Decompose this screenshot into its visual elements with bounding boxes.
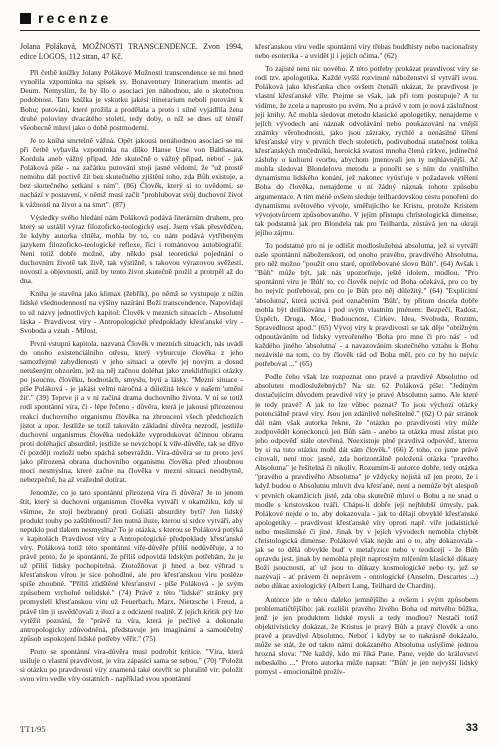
paragraph: Jenomže, co je tato spontánní přirozená … xyxy=(20,488,243,643)
paragraph: Je to kniha smrtelně vážná. Opět jakousi… xyxy=(20,136,243,209)
paragraph: Proto se spontánní víra-důvěra musí podr… xyxy=(20,647,243,683)
header-divider xyxy=(20,30,480,31)
column-right: křesťanskou víru vedle spontánní víry tř… xyxy=(255,42,478,704)
paragraph-continuation: křesťanskou víru vedle spontánní víry tř… xyxy=(255,42,478,60)
paragraph: Kniha je stavěna jako klimax (žebřík), p… xyxy=(20,289,243,334)
page-footer: TT1/95 33 xyxy=(20,722,478,734)
paragraph: První vstupní kapitola, nazvaná Člověk v… xyxy=(20,339,243,485)
section-header: recenze xyxy=(20,10,480,31)
paragraph: To podstatné pro ni je odlišit modlosluž… xyxy=(255,241,478,368)
journal-code: TT1/95 xyxy=(20,724,46,734)
paragraph: Autorce jde o něco daleko jemnějšího a o… xyxy=(255,595,478,677)
article-body: Jolana Poláková, MOŽNOSTI TRANSCENDENCE.… xyxy=(20,42,478,704)
paragraph: To zajisté není nic nového. Z této potře… xyxy=(255,64,478,237)
square-bullet-icon xyxy=(20,13,31,24)
scanned-review-page: recenze Jolana Poláková, MOŽNOSTI TRANSC… xyxy=(0,0,500,746)
book-citation: Jolana Poláková, MOŽNOSTI TRANSCENDENCE.… xyxy=(20,42,243,61)
section-title: recenze xyxy=(38,10,111,26)
column-left: Jolana Poláková, MOŽNOSTI TRANSCENDENCE.… xyxy=(20,42,243,704)
paragraph: Při četbě knížky Jolany Polákové Možnost… xyxy=(20,68,243,132)
page-number: 33 xyxy=(466,722,478,734)
paragraph: Výsledky svého hledání nám Poláková podá… xyxy=(20,213,243,286)
paragraph: Podle čeho však lze rozpoznat ono pravé … xyxy=(255,372,478,590)
